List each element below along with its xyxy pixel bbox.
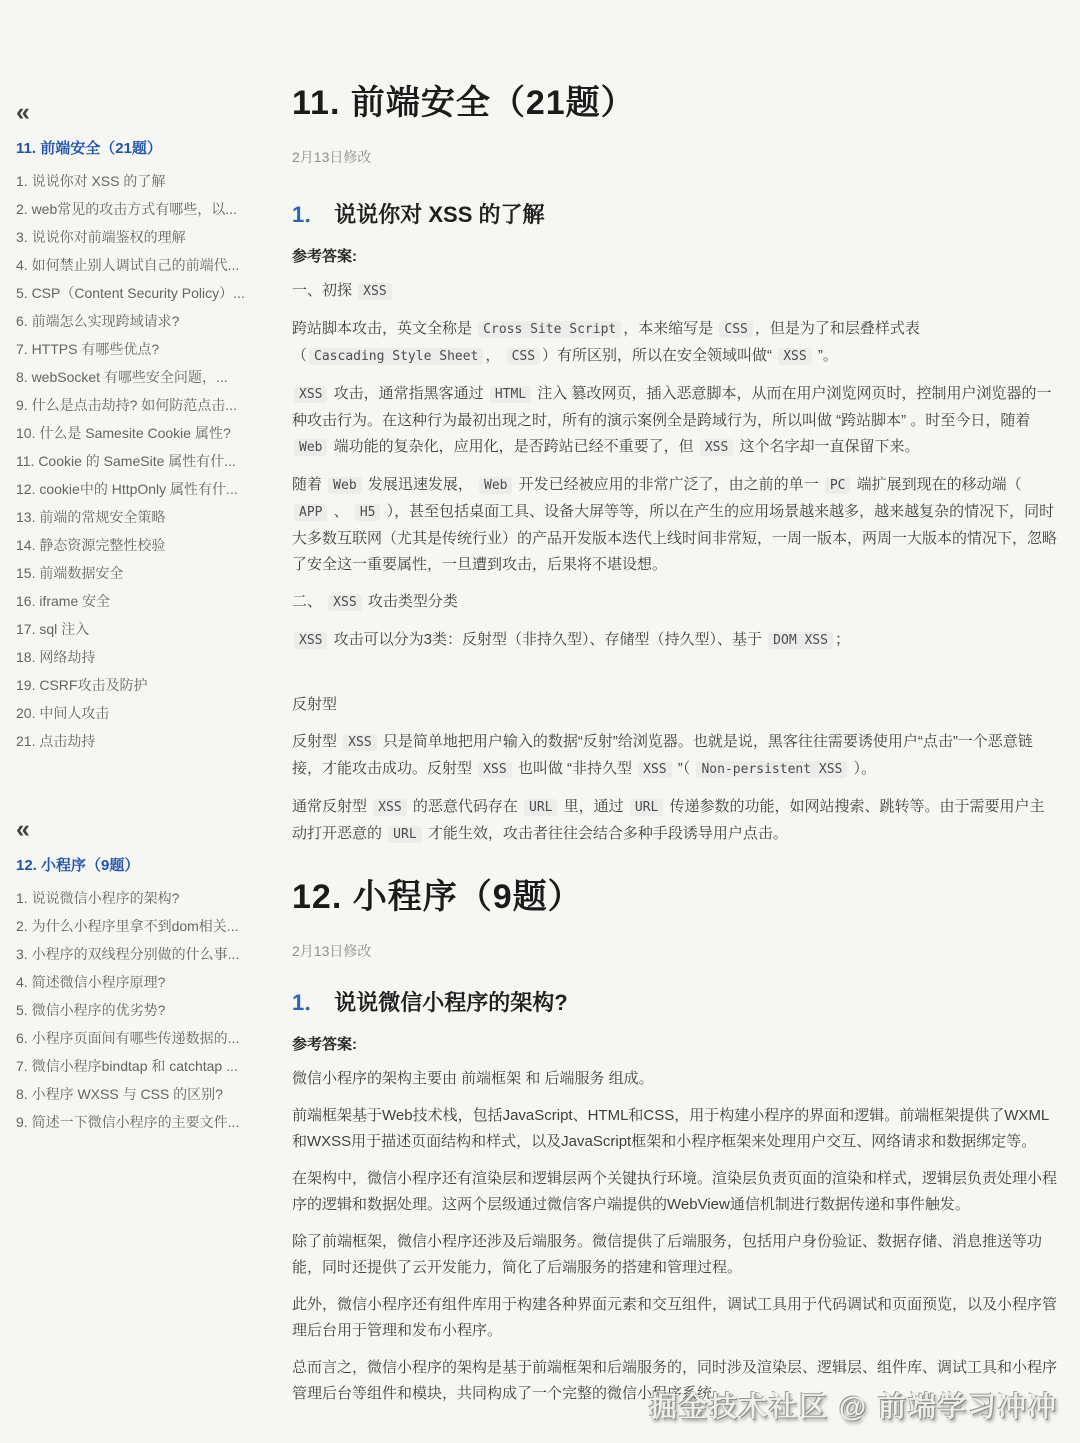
toc-item[interactable]: 11. Cookie 的 SameSite 属性有什... xyxy=(16,447,262,475)
toc-item[interactable]: 7. 微信小程序bindtap 和 catchtap ... xyxy=(16,1052,262,1080)
inline-code: XSS xyxy=(373,799,406,816)
toc-item[interactable]: 5. 微信小程序的优劣势? xyxy=(16,996,262,1024)
question-heading: 1．说说你对 XSS 的了解 xyxy=(292,201,1058,230)
inline-code: XSS xyxy=(294,386,327,403)
section-title: 12. 小程序（9题） xyxy=(292,876,1058,919)
toc-item[interactable]: 15. 前端数据安全 xyxy=(16,559,262,587)
inline-code: URL xyxy=(388,826,421,843)
paragraph: 跨站脚本攻击，英文全称是 Cross Site Script，本来缩写是 CSS… xyxy=(292,316,1058,370)
toc-item[interactable]: 2. 为什么小程序里拿不到dom相关... xyxy=(16,912,262,940)
paragraph: 随着 Web 发展迅速发展， Web 开发已经被应用的非常广泛了，由之前的单一 … xyxy=(292,472,1058,578)
toc-item[interactable]: 21. 点击劫持 xyxy=(16,727,262,755)
paragraph: 通常反射型 XSS 的恶意代码存在 URL 里，通过 URL 传递参数的功能，如… xyxy=(292,794,1058,848)
toc-item[interactable]: 4. 如何禁止别人调试自己的前端代... xyxy=(16,251,262,279)
inline-code: CSS xyxy=(507,348,540,365)
section-frontend-security: 11. 前端安全（21题） 2月13日修改 1．说说你对 XSS 的了解 参考答… xyxy=(292,82,1058,848)
paragraph: 在架构中，微信小程序还有渲染层和逻辑层两个关键执行环境。渲染层负责页面的渲染和样… xyxy=(292,1166,1058,1218)
answer-label: 参考答案: xyxy=(292,245,1058,266)
paragraph: 除了前端框架，微信小程序还涉及后端服务。微信提供了后端服务，包括用户身份验证、数… xyxy=(292,1229,1058,1281)
paragraph: 反射型 XSS 只是简单地把用户输入的数据“反射”给浏览器。也就是说，黑客往往需… xyxy=(292,729,1058,783)
inline-code: XSS xyxy=(358,283,391,300)
collapse-sidebar-icon[interactable]: « xyxy=(16,100,262,125)
toc-item[interactable]: 13. 前端的常规安全策略 xyxy=(16,503,262,531)
toc-group-mini-program: « 12. 小程序（9题） 1. 说说微信小程序的架构? 2. 为什么小程序里拿… xyxy=(16,817,262,1136)
inline-code: HTML xyxy=(490,386,531,403)
question-number: 1． xyxy=(292,202,326,227)
modified-date: 2月13日修改 xyxy=(292,147,1058,167)
sidebar: « 11. 前端安全（21题） 1. 说说你对 XSS 的了解 2. web常见… xyxy=(0,0,276,1136)
inline-code: Web xyxy=(479,477,512,494)
toc-item[interactable]: 9. 简述一下微信小程序的主要文件... xyxy=(16,1108,262,1136)
toc-item[interactable]: 8. webSocket 有哪些安全问题，... xyxy=(16,363,262,391)
toc-item[interactable]: 17. sql 注入 xyxy=(16,615,262,643)
inline-code: DOM XSS xyxy=(768,632,833,649)
toc-item[interactable]: 3. 说说你对前端鉴权的理解 xyxy=(16,223,262,251)
inline-code: XSS xyxy=(294,632,327,649)
toc-item[interactable]: 14. 静态资源完整性校验 xyxy=(16,531,262,559)
section-mini-program: 12. 小程序（9题） 2月13日修改 1．说说微信小程序的架构? 参考答案: … xyxy=(292,876,1058,1407)
inline-code: Cascading Style Sheet xyxy=(309,348,483,365)
modified-date: 2月13日修改 xyxy=(292,941,1058,961)
page: « 11. 前端安全（21题） 1. 说说你对 XSS 的了解 2. web常见… xyxy=(0,0,1080,1443)
toc-title-frontend-security[interactable]: 11. 前端安全（21题） xyxy=(16,138,262,160)
toc-group-frontend-security: « 11. 前端安全（21题） 1. 说说你对 XSS 的了解 2. web常见… xyxy=(16,100,262,755)
inline-code: XSS xyxy=(478,761,511,778)
paragraph: 二、 XSS 攻击类型分类 xyxy=(292,589,1058,616)
paragraph: 微信小程序的架构主要由 前端框架 和 后端服务 组成。 xyxy=(292,1066,1058,1092)
inline-code: XSS xyxy=(343,734,376,751)
toc-title-mini-program[interactable]: 12. 小程序（9题） xyxy=(16,855,262,877)
section-title: 11. 前端安全（21题） xyxy=(292,82,1058,125)
paragraph: 此外，微信小程序还有组件库用于构建各种界面元素和交互组件，调试工具用于代码调试和… xyxy=(292,1292,1058,1344)
paragraph: XSS 攻击可以分为3类：反射型（非持久型）、存储型（持久型）、基于 DOM X… xyxy=(292,627,1058,654)
inline-code: Cross Site Script xyxy=(478,321,621,338)
toc-item[interactable]: 8. 小程序 WXSS 与 CSS 的区别? xyxy=(16,1080,262,1108)
inline-code: XSS xyxy=(700,439,733,456)
question-text: 说说微信小程序的架构? xyxy=(334,990,567,1015)
watermark: 掘金技术社区 @ 前端学习冲冲 xyxy=(649,1385,1058,1425)
main-content: 11. 前端安全（21题） 2月13日修改 1．说说你对 XSS 的了解 参考答… xyxy=(292,0,1058,1418)
toc-item[interactable]: 18. 网络劫持 xyxy=(16,643,262,671)
toc-item[interactable]: 2. web常见的攻击方式有哪些，以... xyxy=(16,195,262,223)
inline-code: Web xyxy=(294,439,327,456)
toc-item[interactable]: 3. 小程序的双线程分别做的什么事... xyxy=(16,940,262,968)
toc-item[interactable]: 9. 什么是点击劫持? 如何防范点击... xyxy=(16,391,262,419)
paragraph: 前端框架基于Web技术栈，包括JavaScript、HTML和CSS，用于构建小… xyxy=(292,1103,1058,1155)
paragraph: 反射型 xyxy=(292,692,1058,718)
toc-item[interactable]: 1. 说说微信小程序的架构? xyxy=(16,884,262,912)
inline-code: H5 xyxy=(355,504,381,521)
inline-code: PC xyxy=(825,477,851,494)
answer-label: 参考答案: xyxy=(292,1033,1058,1054)
collapse-sidebar-icon[interactable]: « xyxy=(16,817,262,842)
inline-code: XSS xyxy=(778,348,811,365)
inline-code: XSS xyxy=(638,761,671,778)
toc-item[interactable]: 1. 说说你对 XSS 的了解 xyxy=(16,167,262,195)
toc-item[interactable]: 10. 什么是 Samesite Cookie 属性? xyxy=(16,419,262,447)
toc-item[interactable]: 12. cookie中的 HttpOnly 属性有什... xyxy=(16,475,262,503)
paragraph: 一、初探 XSS xyxy=(292,278,1058,305)
inline-code: URL xyxy=(524,799,557,816)
toc-item[interactable]: 16. iframe 安全 xyxy=(16,587,262,615)
question-heading: 1．说说微信小程序的架构? xyxy=(292,989,1058,1018)
toc-item[interactable]: 5. CSP（Content Security Policy）... xyxy=(16,279,262,307)
inline-code: XSS xyxy=(328,594,361,611)
toc-item[interactable]: 19. CSRF攻击及防护 xyxy=(16,671,262,699)
inline-code: URL xyxy=(630,799,663,816)
toc-item[interactable]: 6. 前端怎么实现跨域请求? xyxy=(16,307,262,335)
paragraph: XSS 攻击，通常指黑客通过 HTML 注入 篡改网页，插入恶意脚本，从而在用户… xyxy=(292,381,1058,461)
inline-code: Non-persistent XSS xyxy=(696,761,847,778)
question-number: 1． xyxy=(292,990,326,1015)
inline-code: Web xyxy=(328,477,361,494)
toc-item[interactable]: 4. 简述微信小程序原理? xyxy=(16,968,262,996)
toc-item[interactable]: 7. HTTPS 有哪些优点? xyxy=(16,335,262,363)
question-text: 说说你对 XSS 的了解 xyxy=(334,202,544,227)
inline-code: CSS xyxy=(719,321,752,338)
inline-code: APP xyxy=(294,504,327,521)
toc-item[interactable]: 20. 中间人攻击 xyxy=(16,699,262,727)
toc-item[interactable]: 6. 小程序页面间有哪些传递数据的... xyxy=(16,1024,262,1052)
